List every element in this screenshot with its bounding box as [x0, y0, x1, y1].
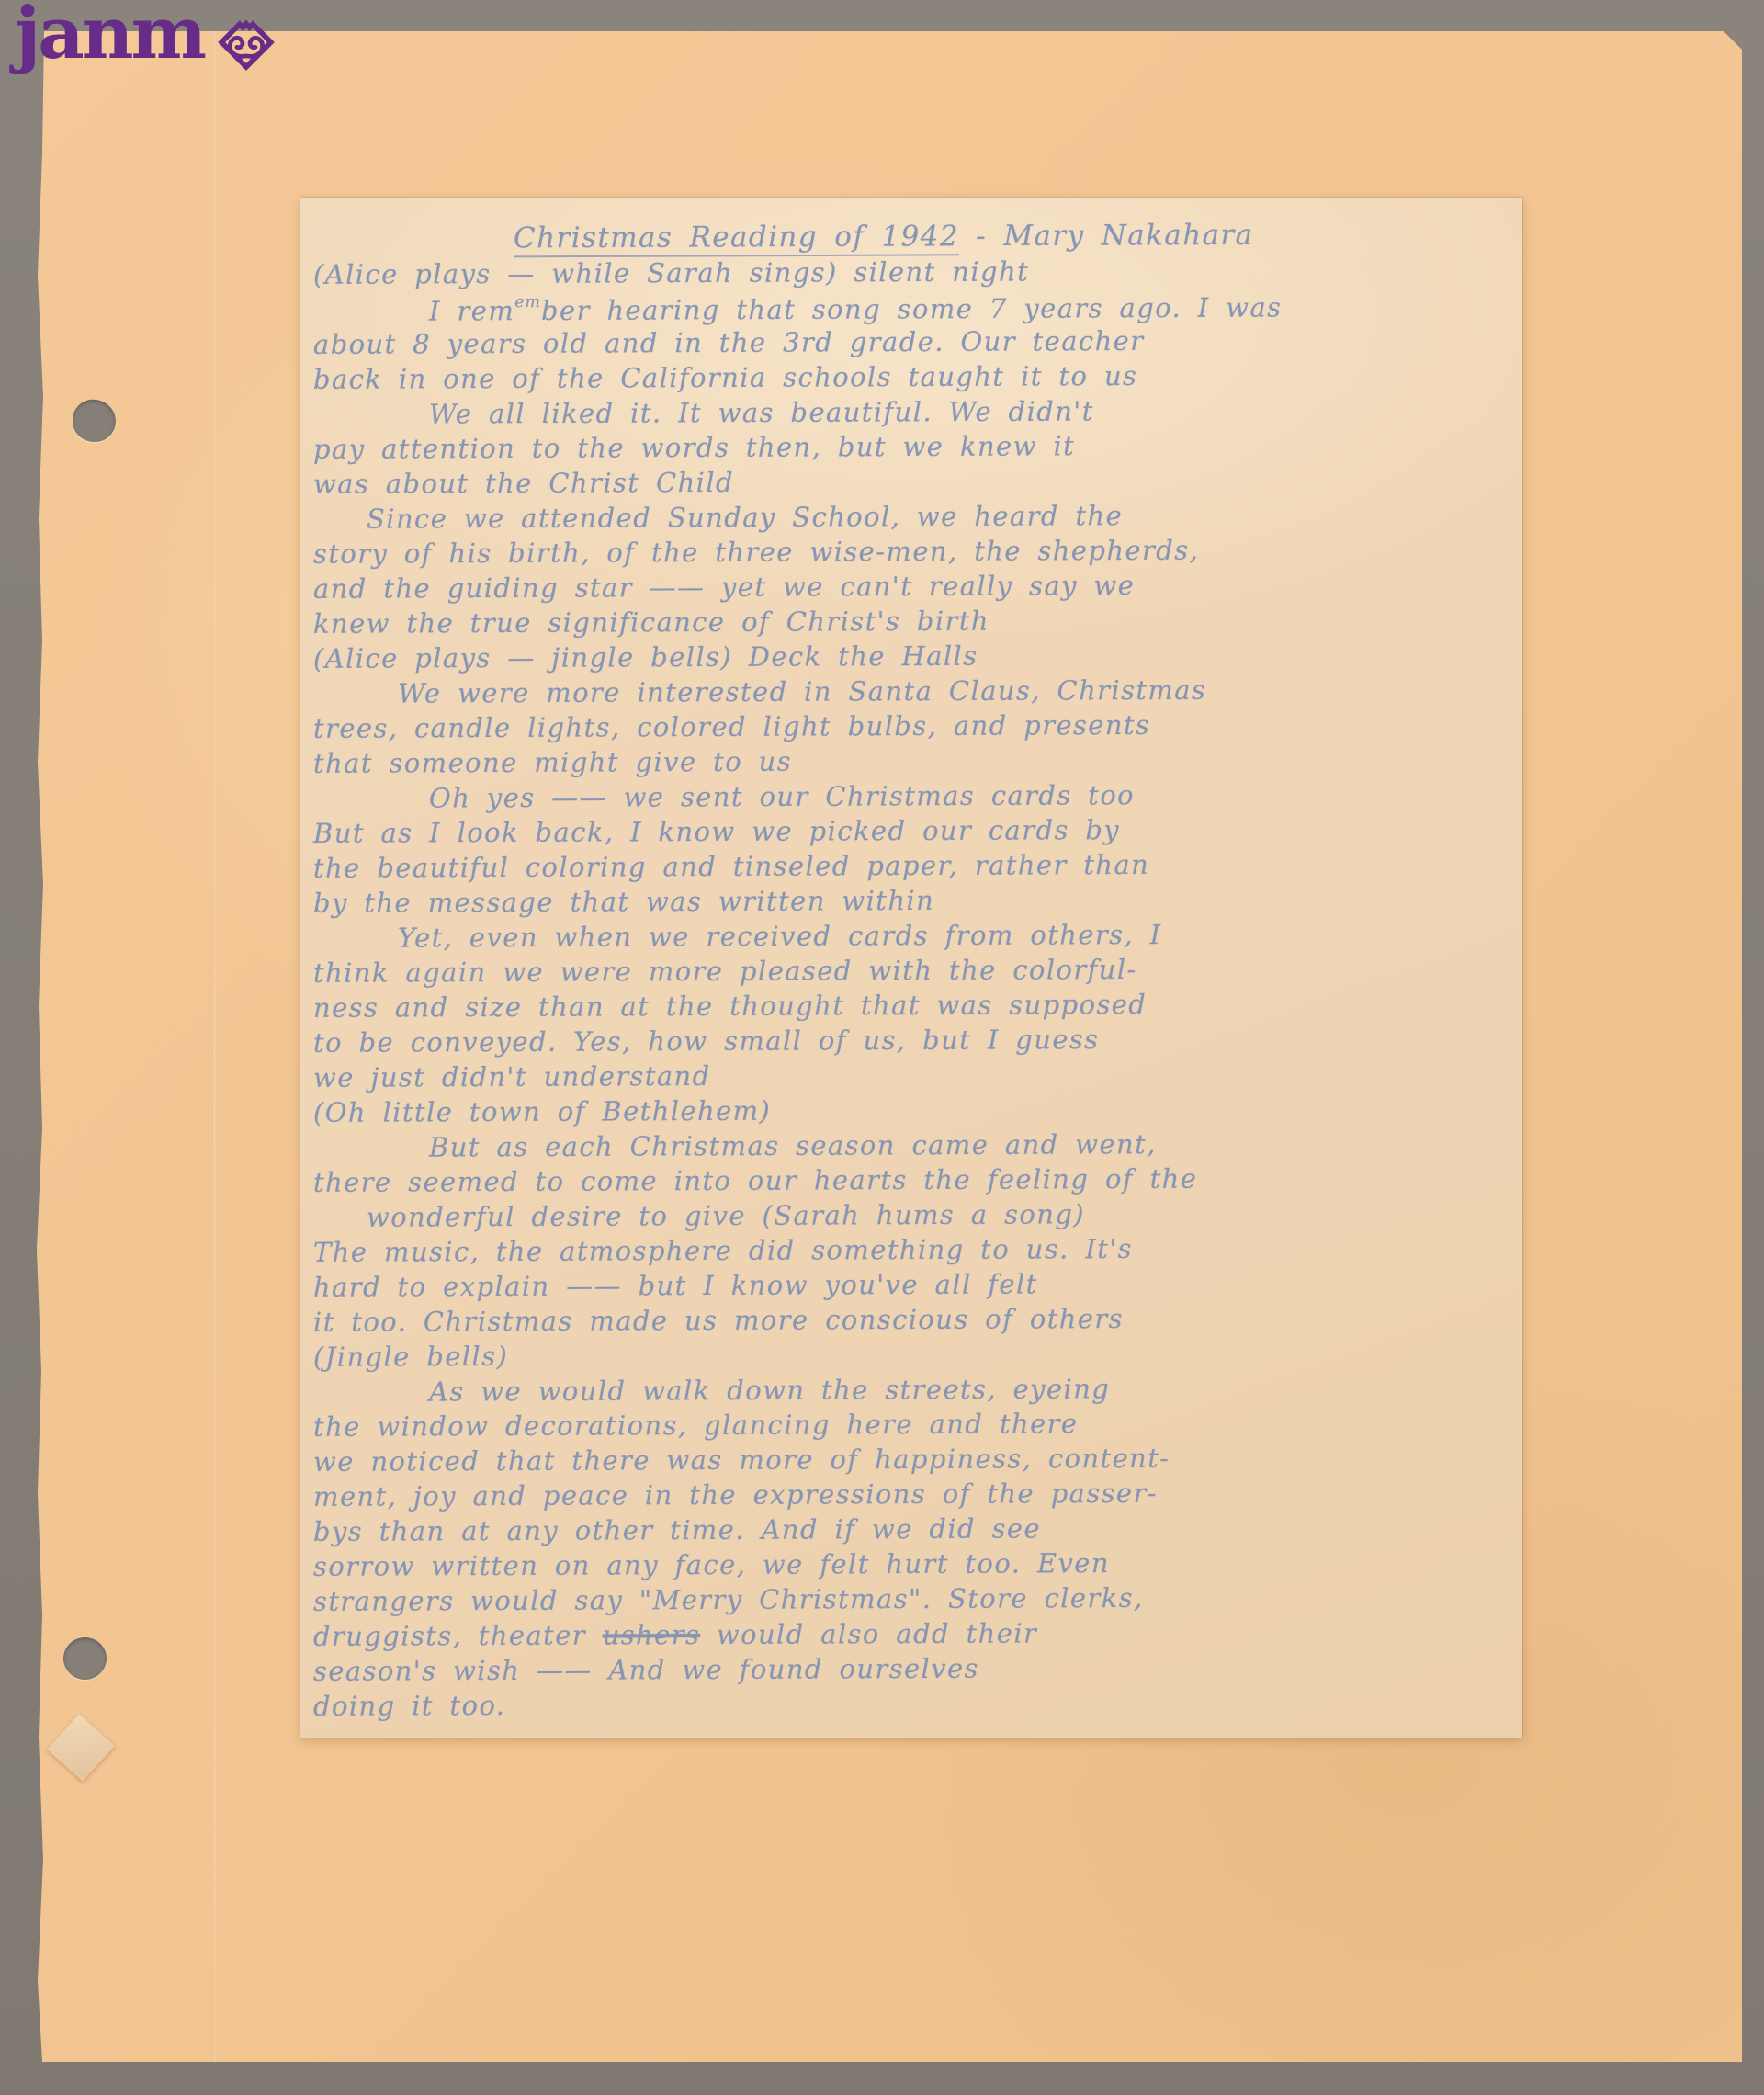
handwriting-line: sorrow written on any face, we felt hurt…	[313, 1546, 1517, 1586]
handwriting-segment: and the guiding star —— yet we can't rea…	[313, 570, 1135, 605]
handwriting-segment: I rem	[429, 295, 514, 326]
handwriting-segment: But as each Christmas season came and we…	[429, 1128, 1157, 1162]
page-crease	[213, 31, 216, 2062]
handwriting-line: was about the Christ Child	[313, 463, 1517, 504]
handwriting-lines: Christmas Reading of 1942 - Mary Nakahar…	[306, 216, 1517, 1723]
handwriting-segment: trees, candle lights, colored light bulb…	[313, 709, 1150, 744]
scan-background: Christmas Reading of 1942 - Mary Nakahar…	[0, 0, 1764, 2095]
handwriting-line: Christmas Reading of 1942 - Mary Nakahar…	[514, 214, 1517, 259]
handwriting-segment: the beautiful coloring and tinseled pape…	[313, 849, 1149, 884]
hole-punch-top	[70, 397, 119, 445]
handwriting-segment: about 8 years old and in the 3rd grade. …	[313, 325, 1145, 360]
handwriting-segment: We all liked it. It was beautiful. We di…	[429, 395, 1094, 429]
handwriting-segment: strangers would say "Merry Christmas". S…	[313, 1582, 1144, 1617]
handwriting-segment: to be conveyed. Yes, how small of us, bu…	[313, 1024, 1100, 1059]
handwriting-segment: was about the Christ Child	[313, 467, 734, 500]
folded-corner	[47, 1714, 114, 1781]
handwriting-segment: (Jingle bells)	[313, 1341, 508, 1373]
handwriting-segment: em	[514, 293, 541, 311]
handwriting-segment: Since we attended Sunday School, we hear…	[367, 500, 1123, 535]
handwriting-segment: sorrow written on any face, we felt hurt…	[313, 1547, 1110, 1582]
handwriting-line: the window decorations, glancing here an…	[313, 1406, 1517, 1446]
handwriting-line: that someone might give to us	[313, 742, 1517, 783]
handwriting-line: think again we were more pleased with th…	[313, 952, 1517, 992]
handwriting-line: The music, the atmosphere did something …	[313, 1231, 1517, 1272]
handwriting-line: We were more interested in Santa Claus, …	[398, 673, 1517, 712]
handwriting-segment: (Oh little town of Bethlehem)	[313, 1095, 771, 1128]
handwriting-line: (Jingle bells)	[313, 1336, 1517, 1376]
handwriting-segment: by the message that was written within	[313, 885, 934, 919]
handwriting-line: But as each Christmas season came and we…	[429, 1127, 1517, 1166]
handwriting-line: trees, candle lights, colored light bulb…	[313, 708, 1517, 748]
janm-logo: janm	[15, 2, 276, 72]
handwriting-segment: there seemed to come into our hearts the…	[313, 1163, 1197, 1198]
handwriting-segment: ushers	[603, 1619, 701, 1650]
handwriting-line: story of his birth, of the three wise-me…	[313, 533, 1517, 573]
handwriting-segment: pay attention to the words then, but we …	[313, 430, 1075, 465]
handwriting-line: (Alice plays — while Sarah sings) silent…	[313, 254, 1517, 294]
handwriting-segment: back in one of the California schools ta…	[313, 360, 1137, 395]
handwriting-segment: The music, the atmosphere did something …	[313, 1233, 1133, 1268]
handwriting-line: Yet, even when we received cards from ot…	[398, 917, 1517, 957]
handwriting-segment: that someone might give to us	[313, 746, 792, 779]
handwriting-line: But as I look back, I know we picked our…	[313, 812, 1517, 853]
handwriting-line: (Alice plays — jingle bells) Deck the Ha…	[313, 638, 1517, 678]
handwriting-line: there seemed to come into our hearts the…	[313, 1161, 1517, 1202]
handwriting-segment: we just didn't understand	[313, 1060, 711, 1093]
handwriting-line: strangers would say "Merry Christmas". S…	[313, 1580, 1517, 1621]
handwriting-line: back in one of the California schools ta…	[313, 358, 1517, 399]
album-page: Christmas Reading of 1942 - Mary Nakahar…	[35, 31, 1742, 2062]
handwriting-line: doing it too.	[313, 1685, 1517, 1726]
handwriting-line: druggists, theater ushers would also add…	[313, 1615, 1517, 1656]
handwriting-segment: knew the true significance of Christ's b…	[313, 606, 989, 640]
handwriting-line: and the guiding star —— yet we can't rea…	[313, 568, 1517, 608]
handwriting-segment: we noticed that there was more of happin…	[313, 1443, 1170, 1478]
handwriting-line: knew the true significance of Christ's b…	[313, 603, 1517, 643]
handwriting-line: season's wish —— And we found ourselves	[313, 1650, 1517, 1691]
handwriting-line: by the message that was written within	[313, 882, 1517, 923]
handwriting-segment: the window decorations, glancing here an…	[313, 1408, 1079, 1443]
handwriting-segment: bys than at any other time. And if we di…	[313, 1512, 1041, 1546]
handwriting-line: wonderful desire to give (Sarah hums a s…	[367, 1196, 1517, 1236]
handwriting-segment: We were more interested in Santa Claus, …	[398, 674, 1206, 709]
handwriting-segment: doing it too.	[313, 1690, 506, 1722]
handwriting-segment: But as I look back, I know we picked our…	[313, 814, 1120, 849]
handwriting-line: Since we attended Sunday School, we hear…	[367, 498, 1517, 538]
handwriting-segment: As we would walk down the streets, eyein…	[429, 1373, 1110, 1407]
handwriting-segment: story of his birth, of the three wise-me…	[313, 535, 1199, 570]
handwriting-segment: ber hearing that song some 7 years ago. …	[541, 292, 1283, 327]
handwriting-segment: druggists, theater	[313, 1619, 603, 1651]
handwriting-segment: wonderful desire to give (Sarah hums a s…	[367, 1198, 1085, 1232]
handwriting-segment: hard to explain —— but I know you've all…	[313, 1268, 1038, 1302]
handwriting-segment: Christmas Reading of 1942	[514, 220, 959, 257]
handwriting-segment: Oh yes —— we sent our Christmas cards to…	[429, 779, 1135, 813]
handwriting-segment: (Alice plays — while Sarah sings) silent…	[313, 255, 1029, 289]
handwriting-segment: would also add their	[700, 1617, 1037, 1650]
handwriting-segment: (Alice plays — jingle bells) Deck the Ha…	[313, 640, 978, 674]
handwriting-line: pay attention to the words then, but we …	[313, 428, 1517, 469]
hole-punch-bottom	[63, 1637, 107, 1680]
handwriting-line: As we would walk down the streets, eyein…	[429, 1371, 1517, 1410]
handwriting-segment: ness and size than at the thought that w…	[313, 989, 1147, 1024]
handwriting-line: ness and size than at the thought that w…	[313, 987, 1517, 1027]
handwriting-segment: think again we were more pleased with th…	[313, 954, 1137, 989]
handwriting-segment: ment, joy and peace in the expressions o…	[313, 1478, 1158, 1512]
handwriting-line: we just didn't understand	[313, 1057, 1517, 1097]
handwriting-line: about 8 years old and in the 3rd grade. …	[313, 323, 1517, 364]
handwriting-line: Oh yes —— we sent our Christmas cards to…	[429, 777, 1517, 817]
handwriting-line: ment, joy and peace in the expressions o…	[313, 1476, 1517, 1516]
handwriting-line: hard to explain —— but I know you've all…	[313, 1266, 1517, 1307]
handwriting-line: We all liked it. It was beautiful. We di…	[429, 393, 1517, 433]
handwriting-segment: Yet, even when we received cards from ot…	[398, 919, 1162, 954]
handwriting-line: it too. Christmas made us more conscious…	[313, 1301, 1517, 1342]
handwriting-segment: season's wish —— And we found ourselves	[313, 1653, 979, 1687]
janm-logo-text: janm	[15, 2, 204, 66]
janm-mon-icon	[217, 13, 276, 72]
handwriting-line: I remember hearing that song some 7 year…	[429, 289, 1517, 328]
handwriting-line: the beautiful coloring and tinseled pape…	[313, 847, 1517, 888]
handwriting-line: bys than at any other time. And if we di…	[313, 1511, 1517, 1551]
handwriting-line: to be conveyed. Yes, how small of us, bu…	[313, 1022, 1517, 1062]
handwriting-segment: it too. Christmas made us more conscious…	[313, 1303, 1124, 1338]
handwriting-line: we noticed that there was more of happin…	[313, 1441, 1517, 1481]
handwriting-line: (Oh little town of Bethlehem)	[313, 1092, 1517, 1132]
handwriting-segment: - Mary Nakahara	[959, 219, 1254, 253]
manuscript-sheet: Christmas Reading of 1942 - Mary Nakahar…	[300, 198, 1522, 1738]
